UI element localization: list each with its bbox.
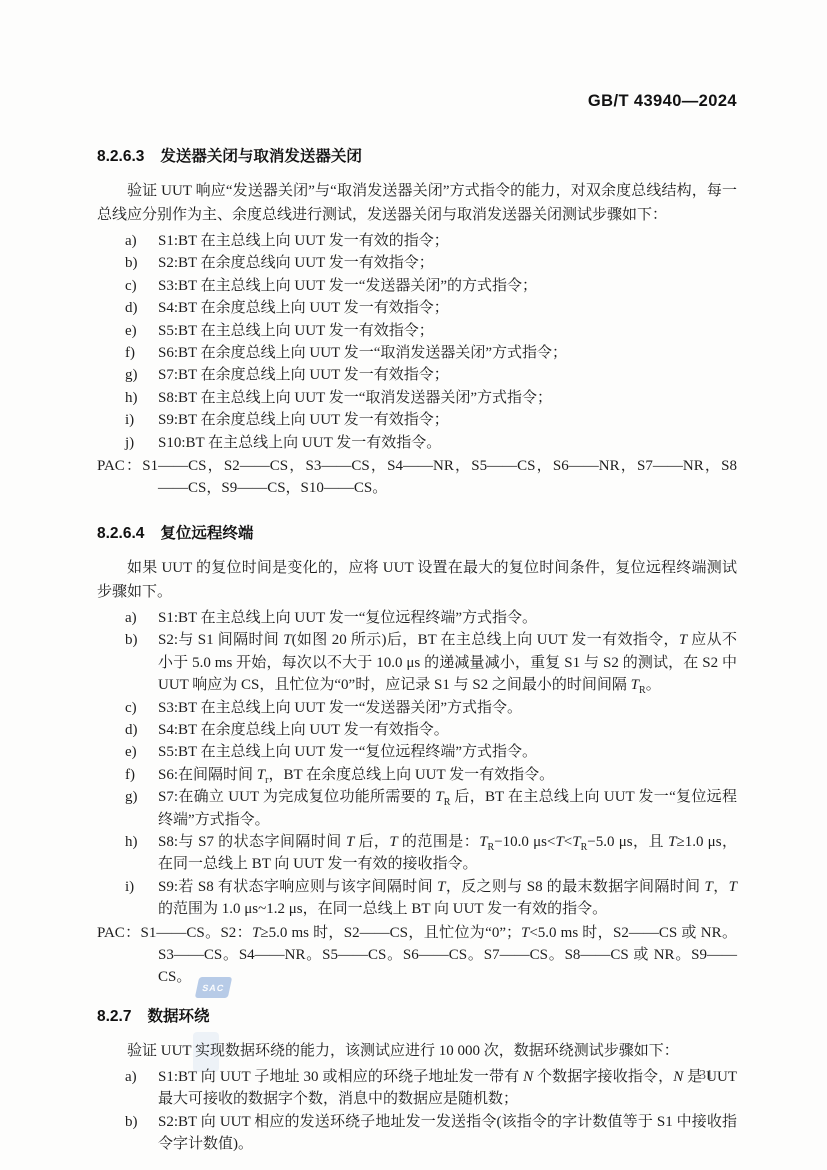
list-item-text: S2:与 S1 间隔时间 T(如图 20 所示)后，BT 在主总线上向 UUT … bbox=[158, 629, 737, 696]
list-item: h)S8:与 S7 的状态字间隔时间 T 后，T 的范围是：TR−10.0 μs… bbox=[97, 831, 737, 876]
list-item-label: b) bbox=[97, 252, 158, 274]
list-item-text: S2:BT 在余度总线向 UUT 发一有效指令； bbox=[158, 252, 737, 274]
list-item-text: S3:BT 在主总线上向 UUT 发一“发送器关闭”的方式指令； bbox=[158, 275, 737, 297]
list-item: i)S9:BT 在余度总线上向 UUT 发一有效指令； bbox=[97, 409, 737, 431]
list-item-text: S5:BT 在主总线上向 UUT 发一“复位远程终端”方式指令。 bbox=[158, 741, 737, 763]
list-item: e)S5:BT 在主总线上向 UUT 发一有效指令； bbox=[97, 320, 737, 342]
list-item-label: i) bbox=[97, 409, 158, 431]
list-item-label: f) bbox=[97, 764, 158, 786]
list-item-text: S7:在确立 UUT 为完成复位功能所需要的 TR 后，BT 在主总线上向 UU… bbox=[158, 786, 737, 831]
list-item: f)S6:在间隔时间 Tr，BT 在余度总线上向 UUT 发一有效指令。 bbox=[97, 764, 737, 786]
list-item-label: b) bbox=[97, 1111, 158, 1156]
document-page: SAC GB/T 43940—2024 8.2.6.3 发送器关闭与取消发送器关… bbox=[0, 0, 827, 1170]
section-title: 复位远程终端 bbox=[160, 521, 253, 543]
list-item-label: g) bbox=[97, 364, 158, 386]
list-item-text: S2:BT 向 UUT 相应的发送环绕子地址发一发送指令(该指令的字计数值等于 … bbox=[158, 1111, 737, 1156]
step-list-8264: a)S1:BT 在主总线上向 UUT 发一“复位远程终端”方式指令。 b)S2:… bbox=[97, 607, 737, 921]
section-heading-827: 8.2.7 数据环绕 bbox=[97, 1004, 737, 1026]
standard-code-header: GB/T 43940—2024 bbox=[97, 92, 737, 111]
list-item: b)S2:BT 向 UUT 相应的发送环绕子地址发一发送指令(该指令的字计数值等… bbox=[97, 1111, 737, 1156]
section-title: 发送器关闭与取消发送器关闭 bbox=[160, 144, 362, 166]
section-number: 8.2.6.3 bbox=[97, 148, 144, 166]
list-item-label: h) bbox=[97, 831, 158, 876]
list-item-label: a) bbox=[97, 607, 158, 629]
list-item-label: i) bbox=[97, 876, 158, 921]
section-number: 8.2.6.4 bbox=[97, 525, 144, 543]
list-item: b)S2:BT 在余度总线向 UUT 发一有效指令； bbox=[97, 252, 737, 274]
list-item: g)S7:在确立 UUT 为完成复位功能所需要的 TR 后，BT 在主总线上向 … bbox=[97, 786, 737, 831]
list-item: g)S7:BT 在余度总线上向 UUT 发一有效指令； bbox=[97, 364, 737, 386]
section-heading-8263: 8.2.6.3 发送器关闭与取消发送器关闭 bbox=[97, 144, 737, 166]
pac-result-line: PAC：S1——CS，S2——CS，S3——CS，S4——NR，S5——CS，S… bbox=[97, 455, 737, 500]
list-item-label: d) bbox=[97, 297, 158, 319]
list-item-text: S4:BT 在余度总线上向 UUT 发一有效指令。 bbox=[158, 719, 737, 741]
list-item: c)S3:BT 在主总线上向 UUT 发一“发送器关闭”方式指令。 bbox=[97, 697, 737, 719]
intro-paragraph: 验证 UUT 实现数据环绕的能力，该测试应进行 10 000 次，数据环绕测试步… bbox=[97, 1039, 737, 1063]
list-item-label: h) bbox=[97, 387, 158, 409]
list-item: i)S9:若 S8 有状态字响应则与该字间隔时间 T，反之则与 S8 的最末数据… bbox=[97, 876, 737, 921]
list-item: c)S3:BT 在主总线上向 UUT 发一“发送器关闭”的方式指令； bbox=[97, 275, 737, 297]
pac-result-line: PAC：S1——CS。S2：T≥5.0 ms 时，S2——CS，且忙位为“0”；… bbox=[97, 922, 737, 989]
step-list-8263: a)S1:BT 在主总线上向 UUT 发一有效的指令； b)S2:BT 在余度总… bbox=[97, 230, 737, 454]
page-content: GB/T 43940—2024 8.2.6.3 发送器关闭与取消发送器关闭 验证… bbox=[97, 92, 737, 1155]
step-list-827: a)S1:BT 向 UUT 子地址 30 或相应的环绕子地址发一带有 N 个数据… bbox=[97, 1066, 737, 1156]
list-item-text: S5:BT 在主总线上向 UUT 发一有效指令； bbox=[158, 320, 737, 342]
list-item-text: S6:在间隔时间 Tr，BT 在余度总线上向 UUT 发一有效指令。 bbox=[158, 764, 737, 786]
list-item-text: S6:BT 在余度总线上向 UUT 发一“取消发送器关闭”方式指令； bbox=[158, 342, 737, 364]
list-item: e)S5:BT 在主总线上向 UUT 发一“复位远程终端”方式指令。 bbox=[97, 741, 737, 763]
list-item-label: e) bbox=[97, 741, 158, 763]
list-item-label: c) bbox=[97, 697, 158, 719]
section-number: 8.2.7 bbox=[97, 1008, 131, 1026]
list-item-text: S4:BT 在余度总线上向 UUT 发一有效指令； bbox=[158, 297, 737, 319]
list-item-text: S8:BT 在主总线上向 UUT 发一“取消发送器关闭”方式指令； bbox=[158, 387, 737, 409]
list-item: d)S4:BT 在余度总线上向 UUT 发一有效指令。 bbox=[97, 719, 737, 741]
list-item-text: S10:BT 在主总线上向 UUT 发一有效指令。 bbox=[158, 432, 737, 454]
list-item-label: c) bbox=[97, 275, 158, 297]
list-item-text: S1:BT 在主总线上向 UUT 发一有效的指令； bbox=[158, 230, 737, 252]
list-item-text: S7:BT 在余度总线上向 UUT 发一有效指令； bbox=[158, 364, 737, 386]
list-item-label: j) bbox=[97, 432, 158, 454]
list-item-label: a) bbox=[97, 1066, 158, 1111]
section-title: 数据环绕 bbox=[147, 1004, 209, 1026]
list-item: d)S4:BT 在余度总线上向 UUT 发一有效指令； bbox=[97, 297, 737, 319]
list-item-label: g) bbox=[97, 786, 158, 831]
list-item: b)S2:与 S1 间隔时间 T(如图 20 所示)后，BT 在主总线上向 UU… bbox=[97, 629, 737, 696]
list-item-label: d) bbox=[97, 719, 158, 741]
list-item: j)S10:BT 在主总线上向 UUT 发一有效指令。 bbox=[97, 432, 737, 454]
list-item-text: S9:BT 在余度总线上向 UUT 发一有效指令； bbox=[158, 409, 737, 431]
list-item-text: S1:BT 向 UUT 子地址 30 或相应的环绕子地址发一带有 N 个数据字接… bbox=[158, 1066, 737, 1111]
list-item-text: S3:BT 在主总线上向 UUT 发一“发送器关闭”方式指令。 bbox=[158, 697, 737, 719]
page-number: 31 bbox=[699, 1068, 713, 1084]
list-item-text: S1:BT 在主总线上向 UUT 发一“复位远程终端”方式指令。 bbox=[158, 607, 737, 629]
list-item: a)S1:BT 在主总线上向 UUT 发一“复位远程终端”方式指令。 bbox=[97, 607, 737, 629]
list-item-label: f) bbox=[97, 342, 158, 364]
list-item: a)S1:BT 向 UUT 子地址 30 或相应的环绕子地址发一带有 N 个数据… bbox=[97, 1066, 737, 1111]
list-item-label: e) bbox=[97, 320, 158, 342]
list-item-text: S8:与 S7 的状态字间隔时间 T 后，T 的范围是：TR−10.0 μs<T… bbox=[158, 831, 737, 876]
intro-paragraph: 验证 UUT 响应“发送器关闭”与“取消发送器关闭”方式指令的能力，对双余度总线… bbox=[97, 179, 737, 227]
list-item: h)S8:BT 在主总线上向 UUT 发一“取消发送器关闭”方式指令； bbox=[97, 387, 737, 409]
list-item-label: b) bbox=[97, 629, 158, 696]
list-item-label: a) bbox=[97, 230, 158, 252]
list-item-text: S9:若 S8 有状态字响应则与该字间隔时间 T，反之则与 S8 的最末数据字间… bbox=[158, 876, 737, 921]
list-item: a)S1:BT 在主总线上向 UUT 发一有效的指令； bbox=[97, 230, 737, 252]
list-item: f)S6:BT 在余度总线上向 UUT 发一“取消发送器关闭”方式指令； bbox=[97, 342, 737, 364]
section-heading-8264: 8.2.6.4 复位远程终端 bbox=[97, 521, 737, 543]
intro-paragraph: 如果 UUT 的复位时间是变化的，应将 UUT 设置在最大的复位时间条件，复位远… bbox=[97, 556, 737, 604]
